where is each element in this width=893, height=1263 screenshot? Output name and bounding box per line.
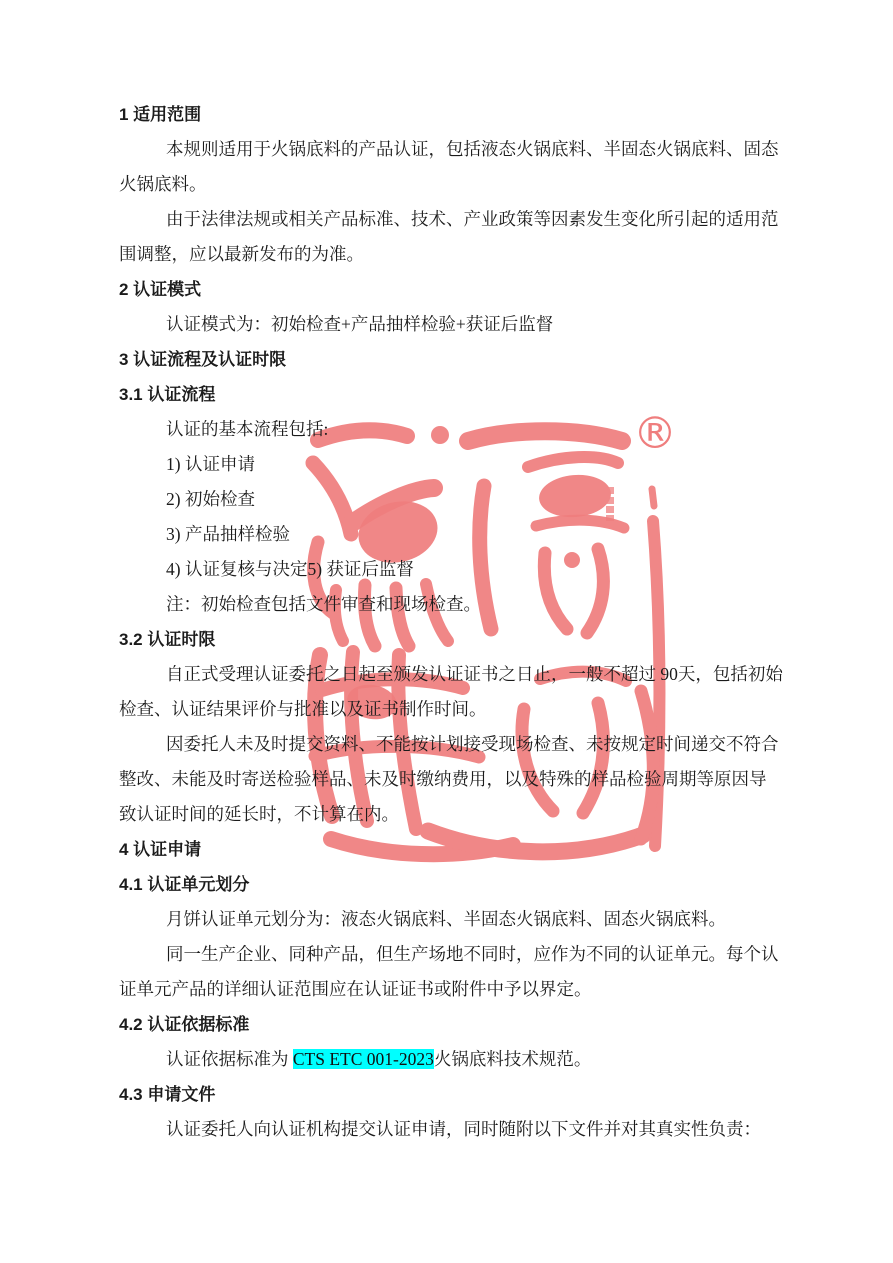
document-content: 1 适用范围 本规则适用于火锅底料的产品认证，包括液态火锅底料、半固态火锅底料、… (119, 97, 781, 1147)
standard-prefix: 认证依据标准为 (166, 1049, 293, 1069)
heading-standard-basis: 4.2 认证依据标准 (119, 1007, 781, 1042)
standard-reference-line: 认证依据标准为 CTS ETC 001-2023火锅底料技术规范。 (119, 1042, 781, 1077)
doc-line: 本规则适用于火锅底料的产品认证，包括液态火锅底料、半固态火锅底料、固态 (119, 132, 781, 167)
doc-line: 证单元产品的详细认证范围应在认证证书或附件中予以界定。 (119, 972, 781, 1007)
doc-line: 火锅底料。 (119, 167, 781, 202)
heading-scope: 1 适用范围 (119, 97, 781, 132)
standard-suffix: 火锅底料技术规范。 (434, 1049, 592, 1069)
doc-line: 因委托人未及时提交资料、不能按计划接受现场检查、未按规定时间递交不符合 (119, 727, 781, 762)
doc-line: 整改、未能及时寄送检验样品、未及时缴纳费用，以及特殊的样品检验周期等原因导 (119, 762, 781, 797)
doc-line: 月饼认证单元划分为：液态火锅底料、半固态火锅底料、固态火锅底料。 (119, 902, 781, 937)
list-item: 2) 初始检查 (119, 482, 781, 517)
list-item: 1) 认证申请 (119, 447, 781, 482)
doc-line: 认证委托人向认证机构提交认证申请，同时随附以下文件并对其真实性负责： (119, 1112, 781, 1147)
doc-line: 围调整，应以最新发布的为准。 (119, 237, 781, 272)
note-line: 注：初始检查包括文件审查和现场检查。 (119, 587, 781, 622)
doc-line: 致认证时间的延长时，不计算在内。 (119, 797, 781, 832)
standard-code-highlight: CTS ETC 001-2023 (293, 1049, 434, 1069)
doc-line: 自正式受理认证委托之日起至颁发认证证书之日止，一般不超过 90天，包括初始 (119, 657, 781, 692)
list-item: 3) 产品抽样检验 (119, 517, 781, 552)
doc-line: 认证的基本流程包括: (119, 412, 781, 447)
doc-line: 检查、认证结果评价与批准以及证书制作时间。 (119, 692, 781, 727)
list-item: 4) 认证复核与决定5) 获证后监督 (119, 552, 781, 587)
heading-application-files: 4.3 申请文件 (119, 1077, 781, 1112)
heading-application: 4 认证申请 (119, 832, 781, 867)
heading-certification-mode: 2 认证模式 (119, 272, 781, 307)
doc-line: 同一生产企业、同种产品，但生产场地不同时，应作为不同的认证单元。每个认 (119, 937, 781, 972)
heading-process-and-limits: 3 认证流程及认证时限 (119, 342, 781, 377)
heading-process: 3.1 认证流程 (119, 377, 781, 412)
doc-line: 由于法律法规或相关产品标准、技术、产业政策等因素发生变化所引起的适用范 (119, 202, 781, 237)
heading-time-limit: 3.2 认证时限 (119, 622, 781, 657)
document-page: ® 1 适用范围 本规则适用于火锅底料的产品认证，包括液态火锅底料、半固态火锅底… (0, 0, 893, 1263)
doc-line: 认证模式为：初始检查+产品抽样检验+获证后监督 (119, 307, 781, 342)
heading-unit-division: 4.1 认证单元划分 (119, 867, 781, 902)
